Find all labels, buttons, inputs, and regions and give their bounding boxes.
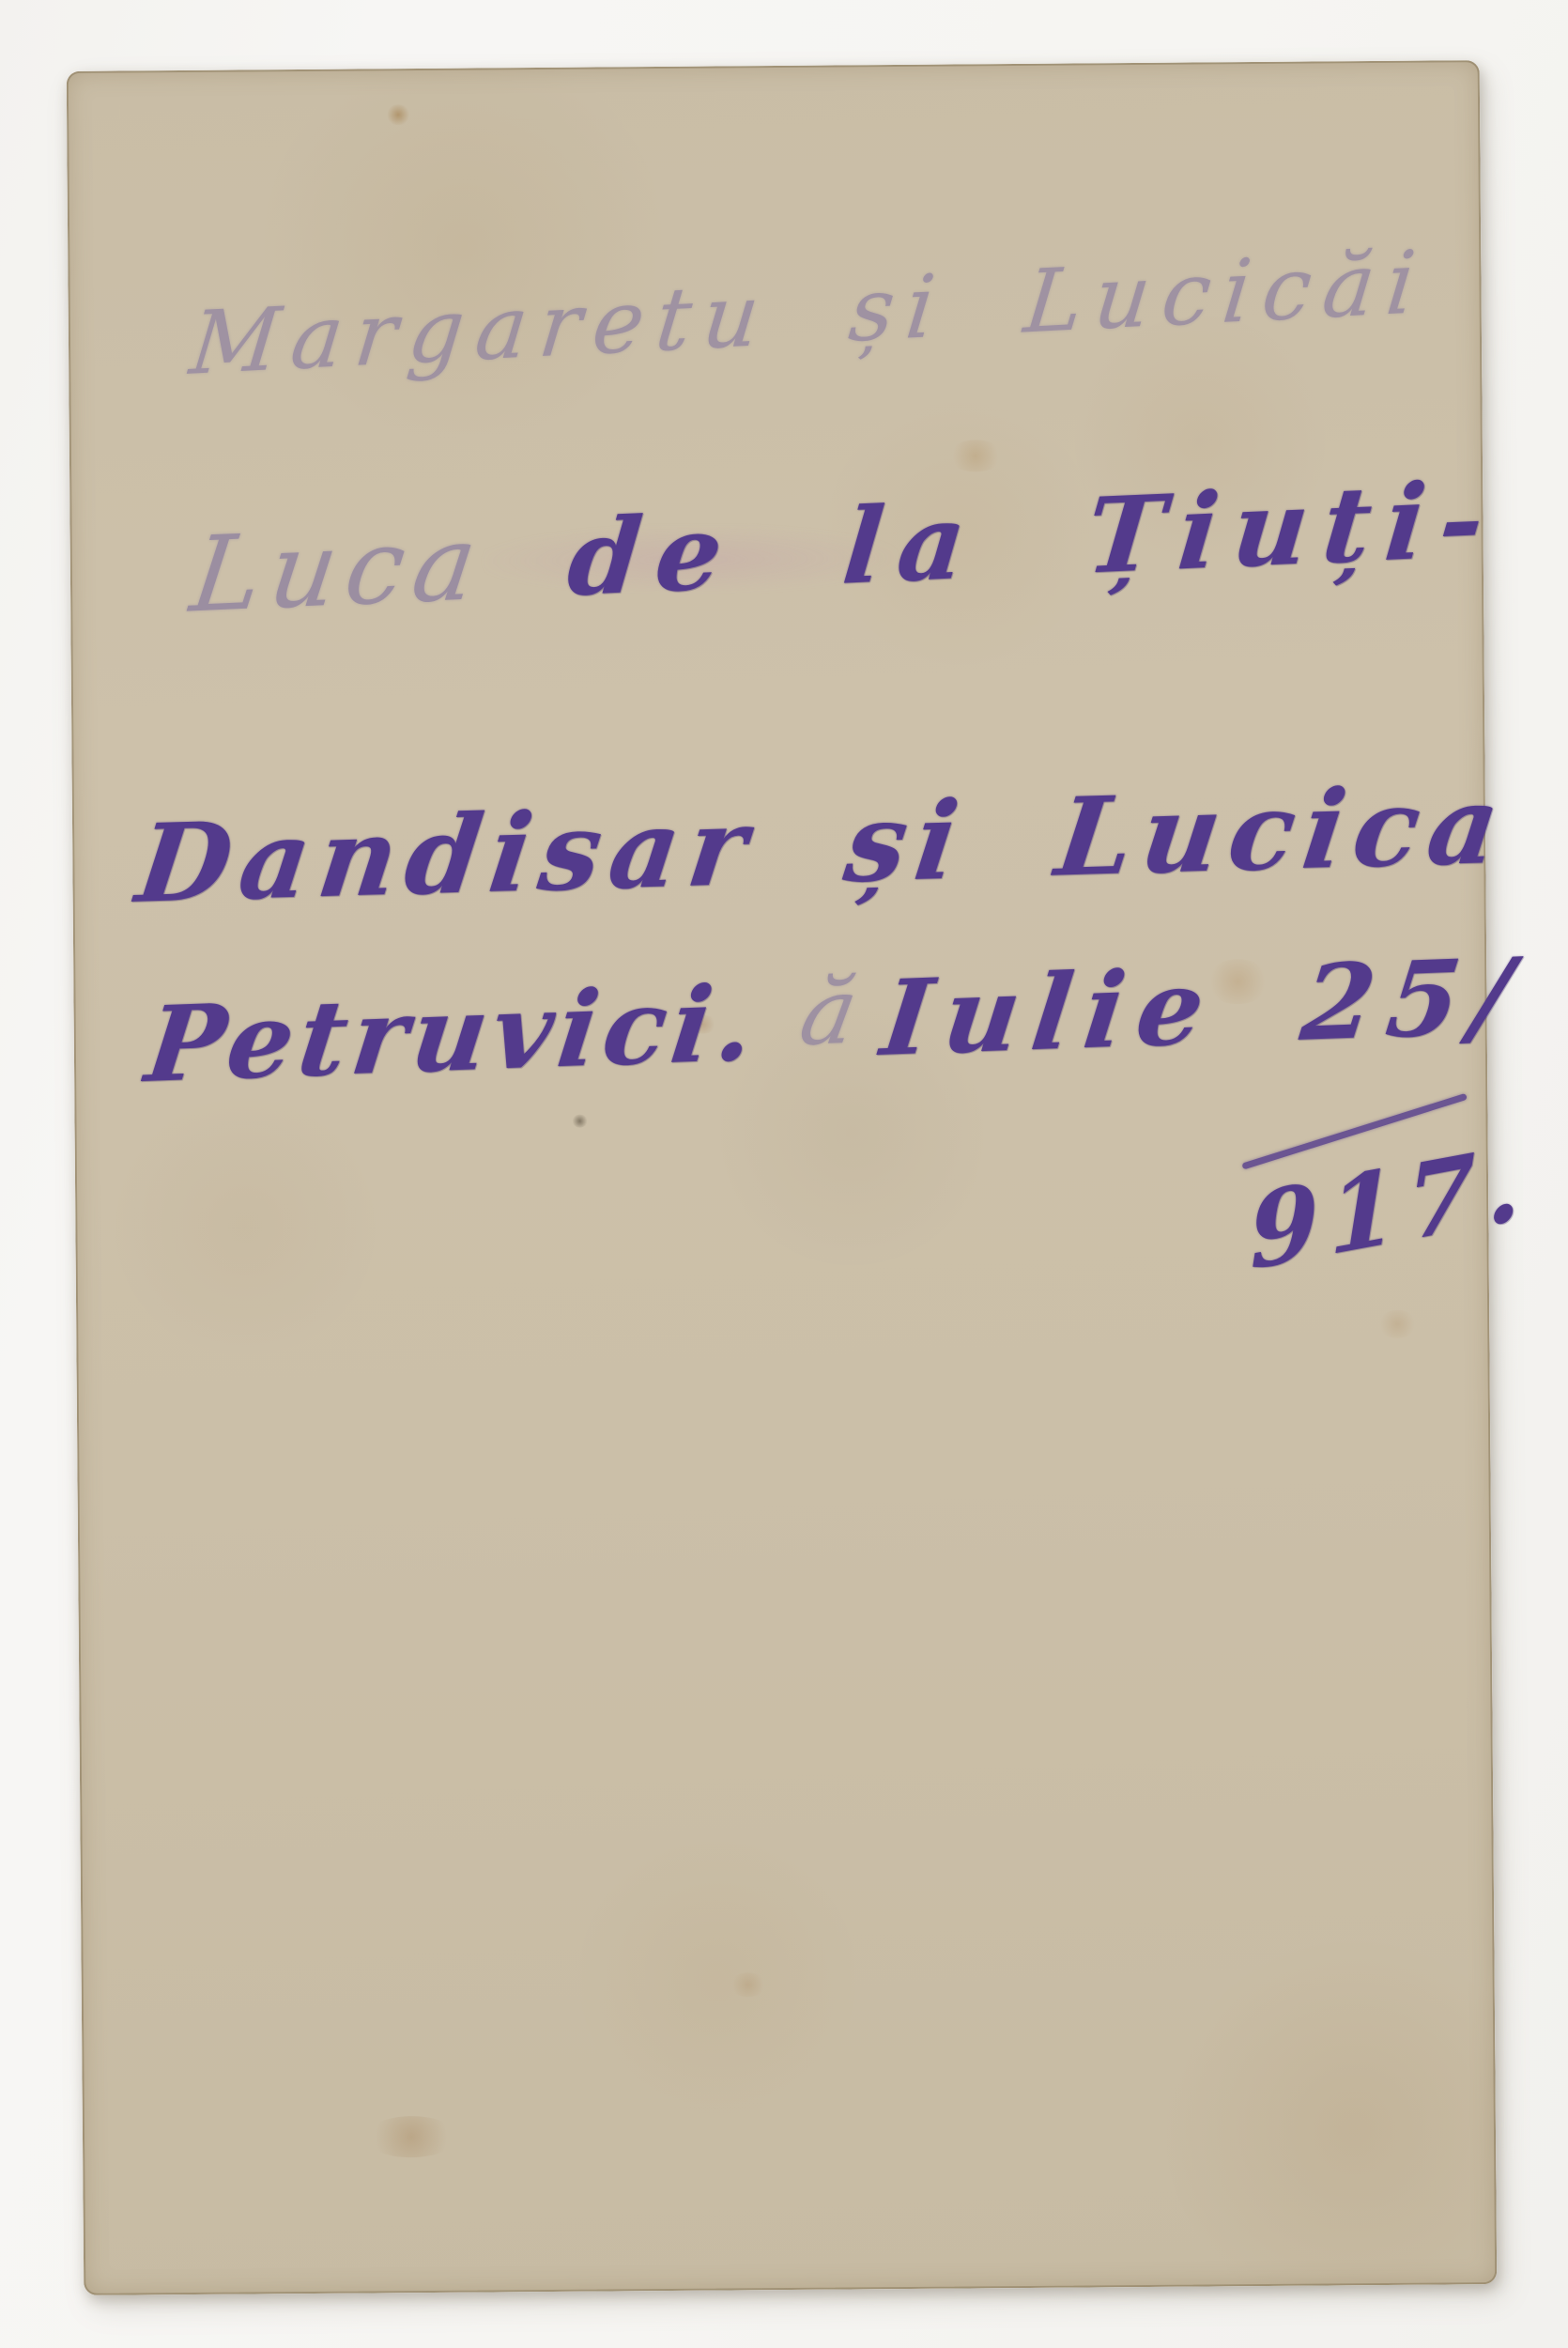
- foxing-stain: [364, 2116, 458, 2158]
- inscription-line-names-ink: Dandisar și Lucica: [131, 761, 1515, 927]
- foxing-stain: [1376, 1310, 1418, 1338]
- inscription-pencil-word: Luca: [185, 502, 493, 635]
- photo-card-back: Margaretu și Lucicăi Lucade la Țiuți- Da…: [67, 60, 1498, 2295]
- inscription-surname: Petruvici.: [140, 962, 766, 1105]
- inscription-line-names-pencil: Margaretu și Lucicăi: [186, 232, 1433, 394]
- foxing-stain: [947, 440, 1004, 471]
- inscription-date: Iulie 25/: [876, 935, 1531, 1079]
- inscription-line-surname-date: Petruvici.ăIulie 25/: [146, 935, 1527, 1104]
- foxing-stain: [730, 1972, 767, 1997]
- scanner-background: Margaretu și Lucicăi Lucade la Țiuți- Da…: [0, 0, 1568, 2348]
- foxing-stain: [386, 104, 410, 125]
- inscription-line-place: Lucade la Țiuți-: [191, 458, 1501, 635]
- inscription-pencil-mark: ă: [793, 958, 871, 1066]
- inscription-place-words: de la Țiuți-: [563, 457, 1504, 619]
- ink-speck: [572, 1115, 587, 1128]
